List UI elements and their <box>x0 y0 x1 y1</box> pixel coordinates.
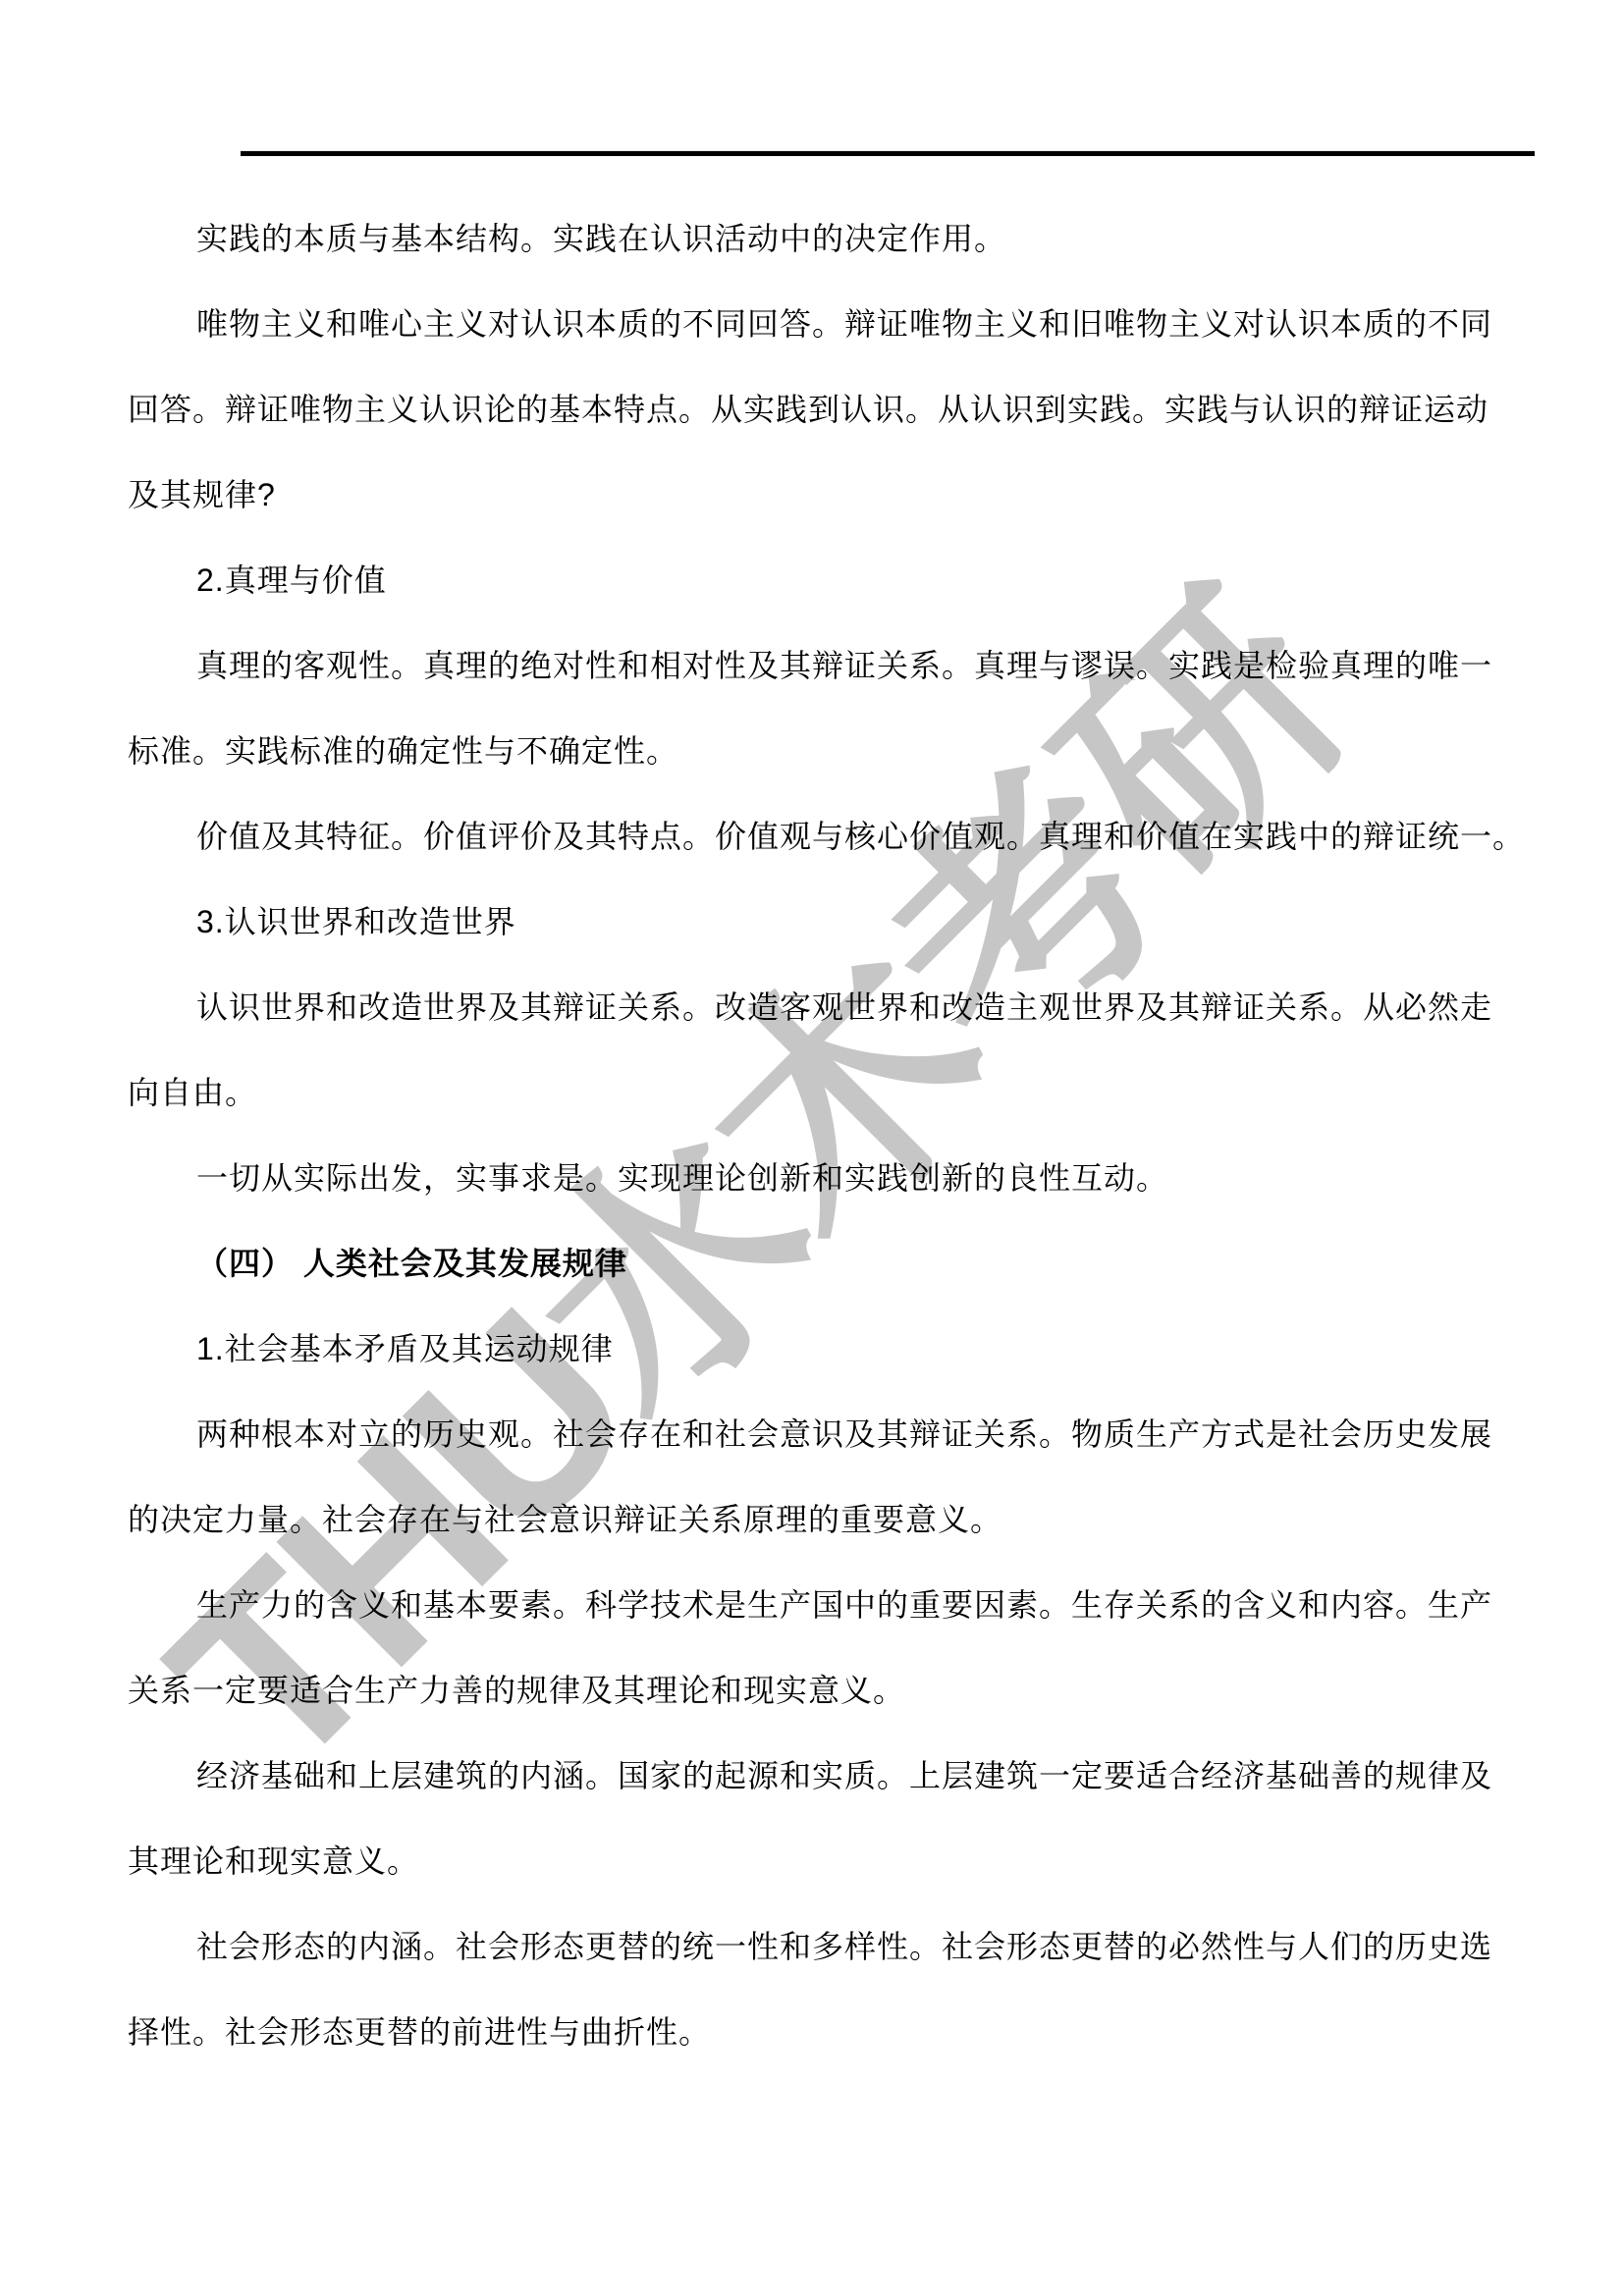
text-line: 经济基础和上层建筑的内涵。国家的起源和实质。上层建筑一定要适合经济基础善的规律及 <box>128 1734 1502 1819</box>
text-line: 唯物主义和唯心主义对认识本质的不同回答。辩证唯物主义和旧唯物主义对认识本质的不同 <box>128 282 1502 367</box>
text-line: 真理的客观性。真理的绝对性和相对性及其辩证关系。真理与谬误。实践是检验真理的唯一 <box>128 623 1502 709</box>
text-line: 关系一定要适合生产力善的规律及其理论和现实意义。 <box>128 1648 1502 1734</box>
header-rule <box>241 150 1535 156</box>
text-line: 实践的本质与基本结构。实践在认识活动中的决定作用。 <box>128 196 1502 282</box>
text-line: 及其规律? <box>128 453 1502 538</box>
text-line: 2.真理与价值 <box>128 538 1502 623</box>
text-line: 向自由。 <box>128 1050 1502 1136</box>
text-line: 其理论和现实意义。 <box>128 1819 1502 1904</box>
text-line: 认识世界和改造世界及其辩证关系。改造客观世界和改造主观世界及其辩证关系。从必然走 <box>128 965 1502 1050</box>
document-page: THU水木考研 实践的本质与基本结构。实践在认识活动中的决定作用。唯物主义和唯心… <box>0 0 1624 2296</box>
text-line: 一切从实际出发，实事求是。实现理论创新和实践创新的良性互动。 <box>128 1136 1502 1221</box>
document-body: 实践的本质与基本结构。实践在认识活动中的决定作用。唯物主义和唯心主义对认识本质的… <box>128 196 1502 2075</box>
text-line: 的决定力量。社会存在与社会意识辩证关系原理的重要意义。 <box>128 1477 1502 1563</box>
text-line: 3.认识世界和改造世界 <box>128 880 1502 965</box>
text-line: 价值及其特征。价值评价及其特点。价值观与核心价值观。真理和价值在实践中的辩证统一… <box>128 794 1502 880</box>
text-line: 回答。辩证唯物主义认识论的基本特点。从实践到认识。从认识到实践。实践与认识的辩证… <box>128 367 1502 453</box>
section-heading: （四） 人类社会及其发展规律 <box>128 1221 1502 1307</box>
text-line: 1.社会基本矛盾及其运动规律 <box>128 1307 1502 1392</box>
text-line: 社会形态的内涵。社会形态更替的统一性和多样性。社会形态更替的必然性与人们的历史选 <box>128 1904 1502 1990</box>
text-line: 标准。实践标准的确定性与不确定性。 <box>128 709 1502 794</box>
text-line: 择性。社会形态更替的前进性与曲折性。 <box>128 1990 1502 2075</box>
text-line: 两种根本对立的历史观。社会存在和社会意识及其辩证关系。物质生产方式是社会历史发展 <box>128 1392 1502 1477</box>
text-line: 生产力的含义和基本要素。科学技术是生产国中的重要因素。生存关系的含义和内容。生产 <box>128 1563 1502 1648</box>
